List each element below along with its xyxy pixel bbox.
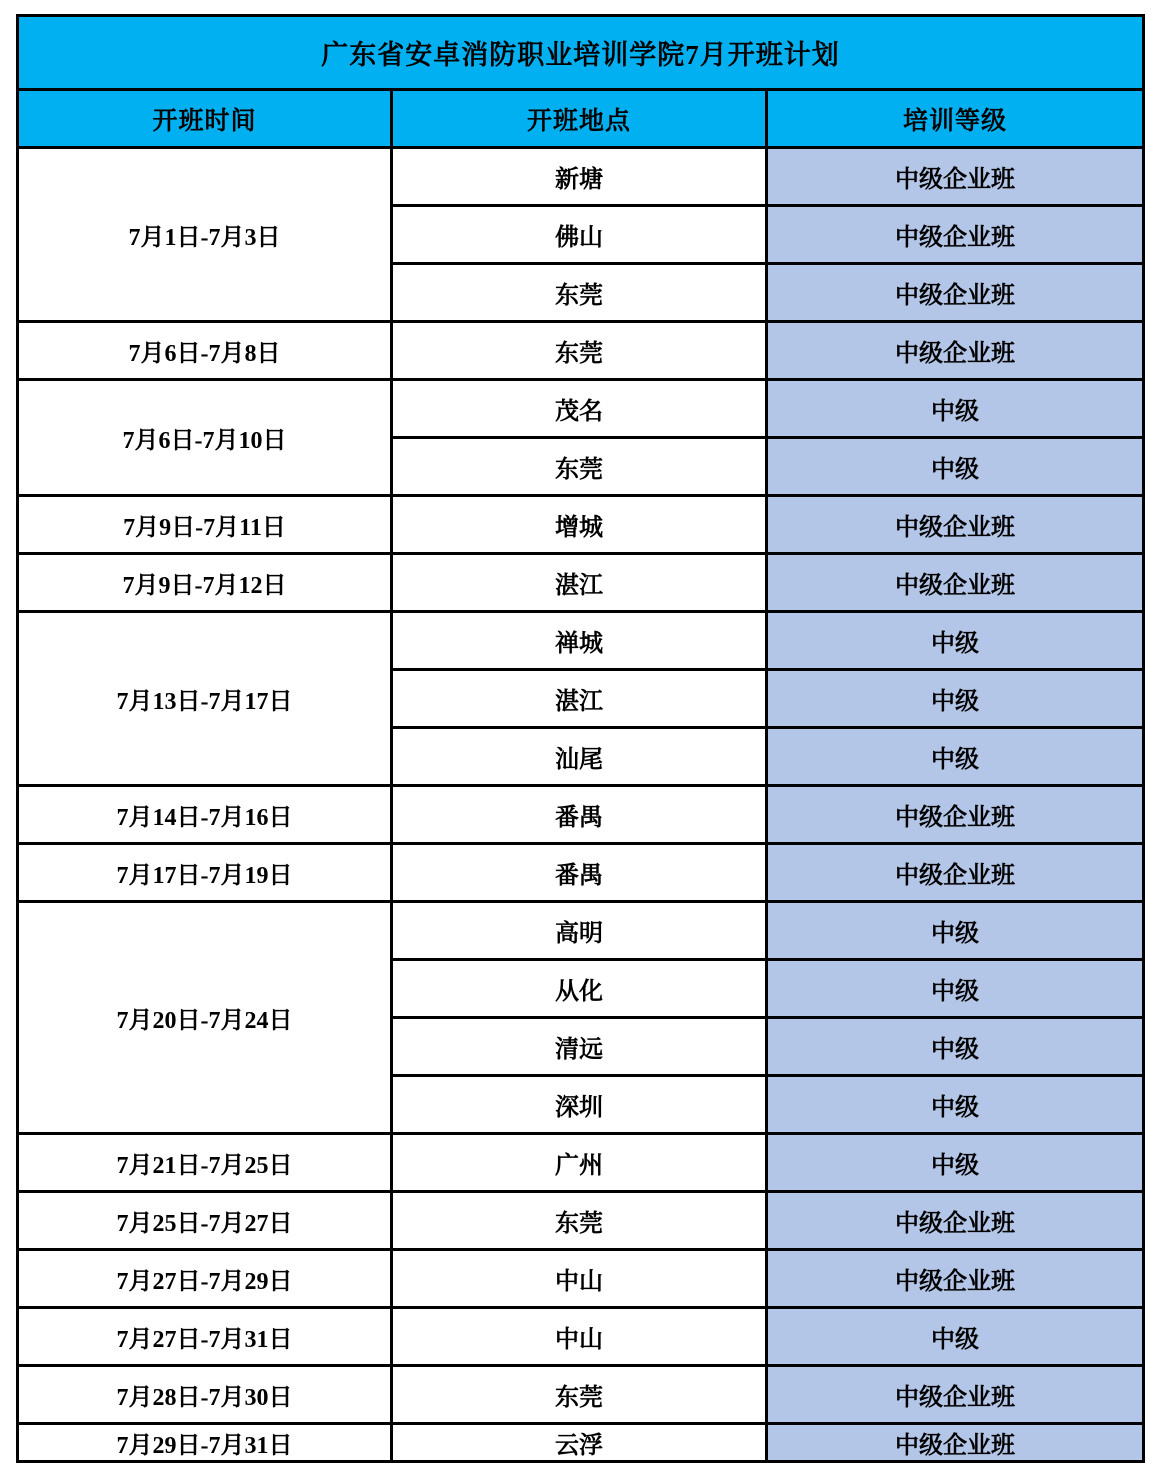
level-cell: 中级企业班 xyxy=(767,786,1144,844)
start-time-cell: 7月20日-7月24日 xyxy=(18,902,392,1134)
level-cell: 中级企业班 xyxy=(767,148,1144,206)
table-row: 7月20日-7月24日高明中级 xyxy=(18,902,1144,960)
location-cell: 湛江 xyxy=(392,670,767,728)
table-row: 7月1日-7月3日新塘中级企业班 xyxy=(18,148,1144,206)
table-row: 7月27日-7月29日中山中级企业班 xyxy=(18,1250,1144,1308)
table-row: 7月28日-7月30日东莞中级企业班 xyxy=(18,1366,1144,1424)
schedule-body: 7月1日-7月3日新塘中级企业班佛山中级企业班东莞中级企业班7月6日-7月8日东… xyxy=(18,148,1144,1462)
table-row: 7月13日-7月17日禅城中级 xyxy=(18,612,1144,670)
table-row: 7月25日-7月27日东莞中级企业班 xyxy=(18,1192,1144,1250)
start-time-cell: 7月9日-7月11日 xyxy=(18,496,392,554)
location-cell: 高明 xyxy=(392,902,767,960)
level-cell: 中级企业班 xyxy=(767,1424,1144,1462)
level-cell: 中级企业班 xyxy=(767,554,1144,612)
location-cell: 湛江 xyxy=(392,554,767,612)
location-cell: 新塘 xyxy=(392,148,767,206)
start-time-cell: 7月13日-7月17日 xyxy=(18,612,392,786)
location-cell: 增城 xyxy=(392,496,767,554)
table-row: 7月14日-7月16日番禺中级企业班 xyxy=(18,786,1144,844)
start-time-cell: 7月25日-7月27日 xyxy=(18,1192,392,1250)
start-time-cell: 7月27日-7月31日 xyxy=(18,1308,392,1366)
level-cell: 中级 xyxy=(767,380,1144,438)
column-header-location: 开班地点 xyxy=(392,90,767,148)
start-time-cell: 7月6日-7月8日 xyxy=(18,322,392,380)
table-row: 7月9日-7月11日增城中级企业班 xyxy=(18,496,1144,554)
level-cell: 中级企业班 xyxy=(767,496,1144,554)
start-time-cell: 7月17日-7月19日 xyxy=(18,844,392,902)
start-time-cell: 7月21日-7月25日 xyxy=(18,1134,392,1192)
location-cell: 禅城 xyxy=(392,612,767,670)
level-cell: 中级 xyxy=(767,1134,1144,1192)
level-cell: 中级企业班 xyxy=(767,206,1144,264)
start-time-cell: 7月29日-7月31日 xyxy=(18,1424,392,1462)
location-cell: 东莞 xyxy=(392,322,767,380)
level-cell: 中级 xyxy=(767,612,1144,670)
start-time-cell: 7月28日-7月30日 xyxy=(18,1366,392,1424)
level-cell: 中级 xyxy=(767,902,1144,960)
level-cell: 中级企业班 xyxy=(767,1250,1144,1308)
column-header-row: 开班时间 开班地点 培训等级 xyxy=(18,90,1144,148)
location-cell: 东莞 xyxy=(392,264,767,322)
level-cell: 中级 xyxy=(767,960,1144,1018)
location-cell: 东莞 xyxy=(392,1192,767,1250)
table-row: 7月27日-7月31日中山中级 xyxy=(18,1308,1144,1366)
start-time-cell: 7月1日-7月3日 xyxy=(18,148,392,322)
start-time-cell: 7月14日-7月16日 xyxy=(18,786,392,844)
page-canvas: 广东省安卓消防职业培训学院7月开班计划 开班时间 开班地点 培训等级 7月1日-… xyxy=(0,0,1160,1476)
location-cell: 番禺 xyxy=(392,844,767,902)
location-cell: 中山 xyxy=(392,1308,767,1366)
start-time-cell: 7月6日-7月10日 xyxy=(18,380,392,496)
location-cell: 汕尾 xyxy=(392,728,767,786)
table-row: 7月17日-7月19日番禺中级企业班 xyxy=(18,844,1144,902)
table-row: 7月29日-7月31日云浮中级企业班 xyxy=(18,1424,1144,1462)
table-title: 广东省安卓消防职业培训学院7月开班计划 xyxy=(18,16,1144,90)
location-cell: 从化 xyxy=(392,960,767,1018)
location-cell: 清远 xyxy=(392,1018,767,1076)
level-cell: 中级 xyxy=(767,1076,1144,1134)
level-cell: 中级 xyxy=(767,438,1144,496)
column-header-time: 开班时间 xyxy=(18,90,392,148)
level-cell: 中级 xyxy=(767,1308,1144,1366)
table-row: 7月9日-7月12日湛江中级企业班 xyxy=(18,554,1144,612)
class-schedule-table: 广东省安卓消防职业培训学院7月开班计划 开班时间 开班地点 培训等级 7月1日-… xyxy=(16,14,1145,1463)
level-cell: 中级企业班 xyxy=(767,844,1144,902)
location-cell: 东莞 xyxy=(392,438,767,496)
column-header-level: 培训等级 xyxy=(767,90,1144,148)
location-cell: 中山 xyxy=(392,1250,767,1308)
table-row: 7月6日-7月10日茂名中级 xyxy=(18,380,1144,438)
start-time-cell: 7月27日-7月29日 xyxy=(18,1250,392,1308)
level-cell: 中级 xyxy=(767,670,1144,728)
level-cell: 中级企业班 xyxy=(767,1366,1144,1424)
location-cell: 广州 xyxy=(392,1134,767,1192)
location-cell: 茂名 xyxy=(392,380,767,438)
location-cell: 东莞 xyxy=(392,1366,767,1424)
level-cell: 中级企业班 xyxy=(767,1192,1144,1250)
table-row: 7月6日-7月8日东莞中级企业班 xyxy=(18,322,1144,380)
level-cell: 中级 xyxy=(767,728,1144,786)
level-cell: 中级 xyxy=(767,1018,1144,1076)
start-time-cell: 7月9日-7月12日 xyxy=(18,554,392,612)
location-cell: 佛山 xyxy=(392,206,767,264)
schedule-head: 广东省安卓消防职业培训学院7月开班计划 开班时间 开班地点 培训等级 xyxy=(18,16,1144,148)
level-cell: 中级企业班 xyxy=(767,264,1144,322)
table-title-row: 广东省安卓消防职业培训学院7月开班计划 xyxy=(18,16,1144,90)
table-row: 7月21日-7月25日广州中级 xyxy=(18,1134,1144,1192)
location-cell: 番禺 xyxy=(392,786,767,844)
location-cell: 深圳 xyxy=(392,1076,767,1134)
level-cell: 中级企业班 xyxy=(767,322,1144,380)
location-cell: 云浮 xyxy=(392,1424,767,1462)
